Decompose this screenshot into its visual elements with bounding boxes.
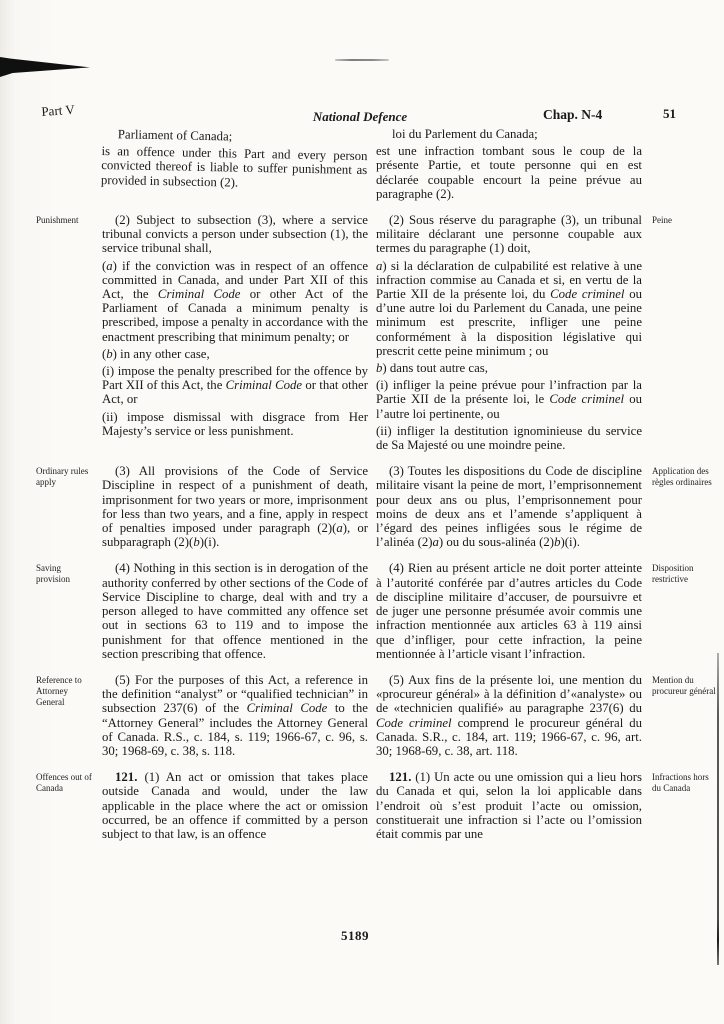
paragraph-en-intro-body: is an offence under this Part and every … bbox=[101, 144, 368, 192]
footer-page-number: 5189 bbox=[341, 928, 369, 943]
paragraph-en-121: 121. (1) An act or omission that takes p… bbox=[102, 770, 368, 841]
paragraph-fr-2a: a) si la déclaration de culpabilité est … bbox=[376, 259, 642, 358]
margin-note-saving-provision: Saving provision bbox=[36, 561, 94, 660]
paragraph-en-intro-hang: Parliament of Canada; bbox=[102, 127, 368, 146]
paragraph-fr-intro-hang: loi du Parlement du Canada; bbox=[376, 127, 642, 141]
margin-note-offences-out-of-canada: Offences out of Canada bbox=[36, 770, 94, 841]
subsection-4-row: Saving provision (4) Nothing in this sec… bbox=[36, 561, 724, 660]
margin-note-infractions-hors-canada: Infractions hors du Canada bbox=[650, 770, 716, 841]
page-body: Parliament of Canada; is an offence unde… bbox=[36, 127, 724, 841]
subsection-3-french: (3) Toutes les dispositions du Code de d… bbox=[376, 464, 642, 549]
section-121-french: 121. (1) Un acte ou une omission qui a l… bbox=[376, 770, 642, 841]
paragraph-en-2b-i: (i) impose the penalty prescribed for th… bbox=[102, 364, 368, 407]
subsection-4-english: (4) Nothing in this section is in deroga… bbox=[102, 561, 368, 660]
subsection-5-row: Reference to Attorney General (5) For th… bbox=[36, 673, 724, 758]
intro-french-column: loi du Parlement du Canada; est une infr… bbox=[376, 127, 642, 201]
subsection-5-english: (5) For the purposes of this Act, a refe… bbox=[102, 673, 368, 758]
margin-note-left-empty bbox=[36, 127, 94, 201]
header-part-label: Part V bbox=[41, 102, 75, 120]
subsection-4-french: (4) Rien au présent article ne doit port… bbox=[376, 561, 642, 660]
header-act-title: National Defence bbox=[250, 109, 470, 125]
paragraph-en-2b-ii: (ii) impose dismissal with disgrace from… bbox=[102, 410, 368, 438]
scanned-statute-page: Part V National Defence Chap. N-4 51 Par… bbox=[0, 0, 724, 1024]
subsection-2-english: (2) Subject to subsection (3), where a s… bbox=[102, 213, 368, 452]
paragraph-fr-2b-i: (i) infliger la peine prévue pour l’infr… bbox=[376, 378, 642, 421]
paragraph-en-2a: (a) if the conviction was in respect of … bbox=[102, 259, 368, 344]
paragraph-en-2-lead: (2) Subject to subsection (3), where a s… bbox=[102, 213, 368, 256]
paragraph-en-5: (5) For the purposes of this Act, a refe… bbox=[102, 673, 368, 758]
paragraph-fr-3: (3) Toutes les dispositions du Code de d… bbox=[376, 464, 642, 549]
paragraph-fr-intro-body: est une infraction tombant sous le coup … bbox=[376, 144, 642, 201]
paragraph-fr-5: (5) Aux fins de la présente loi, une men… bbox=[376, 673, 642, 758]
margin-note-mention-procureur: Mention du procureur général bbox=[650, 673, 716, 758]
subsection-2-row: Punishment (2) Subject to subsection (3)… bbox=[36, 213, 724, 452]
header-chapter-label: Chap. N-4 bbox=[543, 107, 602, 123]
section-121-english: 121. (1) An act or omission that takes p… bbox=[102, 770, 368, 841]
margin-note-ordinary-rules: Ordinary rules apply bbox=[36, 464, 94, 549]
intro-english-column: Parliament of Canada; is an offence unde… bbox=[101, 127, 368, 206]
paragraph-en-4: (4) Nothing in this section is in deroga… bbox=[102, 561, 368, 660]
page-header: Part V National Defence Chap. N-4 51 bbox=[0, 0, 724, 126]
subsection-2-french: (2) Sous réserve du paragraphe (3), un t… bbox=[376, 213, 642, 452]
paragraph-fr-2b-ii: (ii) infliger la destitution ignominieus… bbox=[376, 424, 642, 452]
paragraph-en-3: (3) All provisions of the Code of Servic… bbox=[102, 464, 368, 549]
margin-note-punishment: Punishment bbox=[36, 213, 94, 452]
intro-row: Parliament of Canada; is an offence unde… bbox=[36, 127, 724, 201]
paragraph-fr-2b: b) dans tout autre cas, bbox=[376, 361, 642, 375]
page-footer: 5189 bbox=[0, 928, 724, 944]
paragraph-fr-121: 121. (1) Un acte ou une omission qui a l… bbox=[376, 770, 642, 841]
subsection-3-row: Ordinary rules apply (3) All provisions … bbox=[36, 464, 724, 549]
header-page-number: 51 bbox=[663, 106, 676, 122]
margin-note-peine: Peine bbox=[650, 213, 716, 452]
margin-note-application-regles: Application des règles ordinaires bbox=[650, 464, 716, 549]
paragraph-en-2b: (b) in any other case, bbox=[102, 347, 368, 361]
paragraph-fr-4: (4) Rien au présent article ne doit port… bbox=[376, 561, 642, 660]
subsection-5-french: (5) Aux fins de la présente loi, une men… bbox=[376, 673, 642, 758]
section-121-row: Offences out of Canada 121. (1) An act o… bbox=[36, 770, 724, 841]
subsection-3-english: (3) All provisions of the Code of Servic… bbox=[102, 464, 368, 549]
margin-note-right-empty bbox=[650, 127, 716, 201]
paragraph-fr-2-lead: (2) Sous réserve du paragraphe (3), un t… bbox=[376, 213, 642, 256]
margin-note-reference-attorney-general: Reference to Attorney General bbox=[36, 673, 94, 758]
margin-note-disposition-restrictive: Disposition restrictive bbox=[650, 561, 716, 660]
